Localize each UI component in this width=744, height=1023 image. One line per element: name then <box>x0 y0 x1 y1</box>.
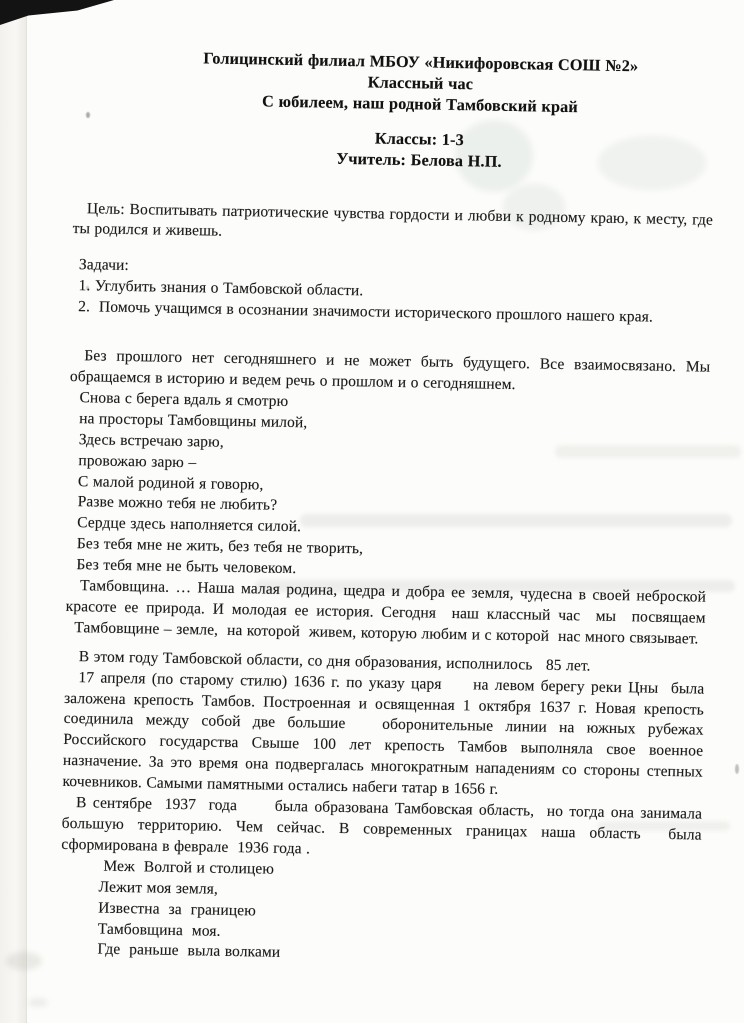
scan-smudge <box>28 998 48 1007</box>
document-title: Голицинский филиал МБОУ «Никифоровская С… <box>75 46 716 120</box>
region-formation-paragraph: В сентябре 1937 года была образована Там… <box>61 793 702 867</box>
tasks-section: Задачи: 1. Углубить знания о Тамбовской … <box>71 255 712 329</box>
goal-paragraph: Цель: Воспитывать патриотические чувства… <box>72 199 713 253</box>
history-paragraph: 17 апреля (по старому стилю) 1636 г. по … <box>62 668 704 805</box>
tambovshchina-paragraph: Тамбовщина. … Наша малая родина, щедра и… <box>65 576 706 650</box>
scan-dot <box>735 764 739 774</box>
poem-mezh-volgoy: Меж Волгой и столицею Лежит моя земля, И… <box>59 856 701 972</box>
paper-edge-artifact <box>0 0 27 1023</box>
document-content: Голицинский филиал МБОУ «Никифоровская С… <box>59 46 716 972</box>
document-meta: Классы: 1-3 Учитель: Белова Н.П. <box>74 123 715 177</box>
poem-tambovshchina: Снова с берега вдаль я смотрю на простор… <box>66 388 709 588</box>
scanned-document-page: Голицинский филиал МБОУ «Никифоровская С… <box>0 0 744 1023</box>
